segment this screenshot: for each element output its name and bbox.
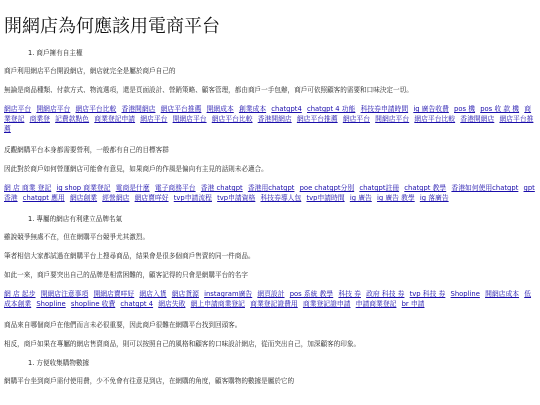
- paragraph: 筆者相信大家都試過在網購平台上搜尋商品，結果會是很多個商戶售賣的同一件商品。: [4, 251, 536, 261]
- paragraph: 相反，商戶如果在專屬的網店售賣商品，則可以按照自己的風格和顧客的口味設計網店，從…: [4, 339, 536, 349]
- keyword-link[interactable]: 網店平台: [4, 105, 31, 113]
- keyword-link[interactable]: 網店平台比較: [212, 115, 253, 123]
- keyword-link[interactable]: 科技券申請時間: [361, 105, 409, 113]
- keyword-link[interactable]: 開網店平台: [36, 105, 70, 113]
- keyword-link[interactable]: ig shop 商業登記: [56, 184, 110, 192]
- keyword-link[interactable]: tvp申請資格: [217, 194, 255, 202]
- keyword-link[interactable]: 網店平台比較: [414, 115, 455, 123]
- keyword-link[interactable]: ig 廣告 教學: [377, 194, 415, 202]
- section-heading-autonomy: 1. 商戶擁有自主權: [4, 48, 536, 58]
- keyword-link[interactable]: 開網店平台: [173, 115, 207, 123]
- keyword-link[interactable]: 網店平台: [140, 115, 167, 123]
- keyword-link[interactable]: chatgpt 應用: [23, 194, 65, 202]
- paragraph: 如此一來，商戶要突出自己的品牌是相當困難的，顧客記得的只會是網購平台的名字: [4, 270, 536, 280]
- keyword-link[interactable]: 網店平台比較: [76, 105, 117, 113]
- keyword-link[interactable]: chatgpt註冊: [359, 184, 399, 192]
- keyword-link[interactable]: chatgpt 4: [120, 300, 153, 308]
- keyword-link[interactable]: ig 廣告收費: [413, 105, 449, 113]
- keyword-link[interactable]: pos 系統 教學: [290, 290, 334, 298]
- keyword-link[interactable]: pos 收 款 機: [480, 105, 519, 113]
- keyword-link[interactable]: poe chatgpt分別: [300, 184, 355, 192]
- keyword-link[interactable]: Shopline: [451, 290, 480, 298]
- keyword-link[interactable]: 香港用chatgpt: [248, 184, 295, 192]
- keyword-link[interactable]: 網店平台: [343, 115, 370, 123]
- keyword-link[interactable]: chatgpt 4 功能: [307, 105, 355, 113]
- keyword-link[interactable]: br 申請: [402, 300, 425, 308]
- keyword-link[interactable]: 網頁設計: [257, 290, 284, 298]
- keyword-link[interactable]: 商業登記申請: [94, 115, 135, 123]
- keyword-link[interactable]: 政府 科技 券: [366, 290, 404, 298]
- keyword-link[interactable]: 申請商業登記: [356, 300, 397, 308]
- keyword-link[interactable]: instagram廣告: [204, 290, 252, 298]
- paragraph: 商戶利用網店平台開設網店，網店就完全是屬於商戶自己的: [4, 66, 536, 76]
- keyword-link[interactable]: chatgpt 教學: [404, 184, 446, 192]
- keyword-link[interactable]: 電子商務平台: [155, 184, 196, 192]
- keyword-link[interactable]: 香港開網店: [121, 105, 155, 113]
- keyword-link[interactable]: pos 機: [454, 105, 475, 113]
- keyword-links-2: 網 店 商業 登記 ig shop 商業登記 電商是什麼 電子商務平台 香港 c…: [4, 183, 536, 203]
- keyword-link[interactable]: 記費款點色: [55, 115, 89, 123]
- keyword-link[interactable]: 香港如何使用chatgpt: [451, 184, 518, 192]
- page-title: 開網店為何應該用電商平台: [4, 12, 536, 38]
- keyword-link[interactable]: chatgpt4: [271, 105, 302, 113]
- keyword-link[interactable]: 網 店 商業 登記: [4, 184, 51, 192]
- keyword-link[interactable]: 開網店賣咩好: [93, 290, 134, 298]
- keyword-link[interactable]: 香港開網店: [258, 115, 292, 123]
- keyword-link[interactable]: 網店入貨: [139, 290, 166, 298]
- keyword-links-1: 網店平台 開網店平台 網店平台比較 香港開網店 網店平台推薦 開網成本 創業成本…: [4, 104, 536, 134]
- paragraph: 雖說競爭無處不在，但在網購平台競爭尤其激烈。: [4, 232, 536, 242]
- keyword-link[interactable]: 創業成本: [239, 105, 266, 113]
- keyword-link[interactable]: 經營網店: [102, 194, 129, 202]
- keyword-link[interactable]: 商業登: [30, 115, 50, 123]
- keyword-link[interactable]: 網店貨源: [172, 290, 199, 298]
- keyword-link[interactable]: 網上申請商業登記: [191, 300, 245, 308]
- paragraph: 因此對於商戶如何營運網店可能會有意見，如果商戶的作風是偏向有主見的話則未必適合。: [4, 164, 536, 174]
- keyword-links-3: 網 店 起步 開網店注意事項 開網店賣咩好 網店入貨 網店貨源 instagra…: [4, 289, 536, 309]
- keyword-link[interactable]: 網店創業: [70, 194, 97, 202]
- keyword-link[interactable]: 開網店平台: [375, 115, 409, 123]
- keyword-link[interactable]: 網店失敗: [158, 300, 185, 308]
- section-heading-brand: 1. 專屬的網店有利建立品牌名氣: [4, 214, 536, 224]
- keyword-link[interactable]: tvp申請時間: [306, 194, 344, 202]
- paragraph: 無論是商品種類、付款方式、物流選項，還是頁面設計、營銷策略、顧客管理，都由商戶一…: [4, 85, 536, 95]
- paragraph: 商品來自哪個商戶在他們而言未必很重要，因此商戶很難在網購平台找到回頭客。: [4, 320, 536, 330]
- keyword-link[interactable]: 開網店成本: [485, 290, 519, 298]
- keyword-link[interactable]: 香港 chatgpt: [201, 184, 243, 192]
- paragraph: 反觀網購平台本身都需要營利，一般都有自己的目標客群: [4, 145, 536, 155]
- keyword-link[interactable]: 網店平台推薦: [297, 115, 338, 123]
- keyword-link[interactable]: 香港開網店: [460, 115, 494, 123]
- keyword-link[interactable]: 商業登記證申請: [303, 300, 351, 308]
- keyword-link[interactable]: 開網成本: [207, 105, 234, 113]
- section-heading-data: 1. 方便收集購物數據: [4, 358, 536, 368]
- keyword-link[interactable]: 電商是什麼: [116, 184, 150, 192]
- keyword-link[interactable]: 網店平台推薦: [161, 105, 202, 113]
- keyword-link[interactable]: 網 店 起步: [4, 290, 36, 298]
- keyword-link[interactable]: shopline 收費: [71, 300, 115, 308]
- keyword-link[interactable]: 科技券導人包: [261, 194, 302, 202]
- keyword-link[interactable]: Shopline: [36, 300, 65, 308]
- keyword-link[interactable]: tvp申請流程: [174, 194, 212, 202]
- keyword-link[interactable]: 科技 券: [338, 290, 361, 298]
- keyword-link[interactable]: ig 廣告: [350, 194, 372, 202]
- paragraph: 網購平台坐到商戶需付使用費，少不免會有往意見到店，在網購的角度，顧客購物的數據是…: [4, 376, 536, 386]
- article: 開網店為何應該用電商平台 1. 商戶擁有自主權 商戶利用網店平台開設網店，網店就…: [0, 0, 540, 386]
- keyword-link[interactable]: 網店賣咩好: [135, 194, 169, 202]
- keyword-link[interactable]: ig 落廣告: [420, 194, 449, 202]
- keyword-link[interactable]: 商業登記證費用: [250, 300, 298, 308]
- keyword-link[interactable]: 開網店注意事項: [41, 290, 89, 298]
- keyword-link[interactable]: tvp 科技 券: [410, 290, 446, 298]
